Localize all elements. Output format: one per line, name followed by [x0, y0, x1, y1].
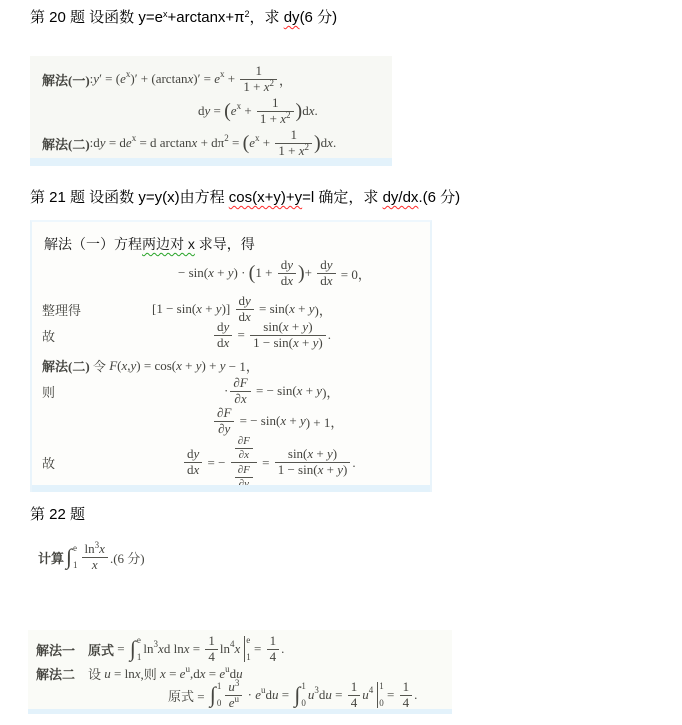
step-label: 整理得 — [42, 300, 81, 319]
q21-derivative-equation: − sin(x + y) · (1 + dydx)+ dydx = 0， — [178, 258, 371, 289]
q21-derivative-equation-row: − sin(x + y) · (1 + dydx)+ dydx = 0， — [32, 258, 430, 289]
question-22-title: 第 22 题 — [30, 505, 85, 525]
q21-method-2-intro: 解法(二) 令 F(x,y) = cos(x + y) + y − 1， — [42, 356, 259, 375]
step-label: 故 — [42, 326, 55, 345]
q22-method-2-result-line: 原式 = ∫10u3eu · eudu = ∫10u3du = 14u410 =… — [168, 680, 417, 711]
q21-method-2-intro-row: 解法(二) 令 F(x,y) = cos(x + y) + y − 1， — [32, 356, 430, 375]
question-22-solution-scan: 解法一 原式 = ∫e1ln3xd lnx = 14ln4xe1 = 14. 解… — [28, 630, 452, 714]
step-label: 故 — [42, 453, 55, 472]
q20-method-2-line: 解法(二):dy = dex = d arctanx + dπ2 = (ex +… — [42, 128, 336, 159]
q21-dydx-result: dydx = sin(x + y)1 − sin(x + y). — [212, 320, 331, 351]
q21-final-result: dydx = − ∂F∂x∂F∂y = sin(x + y)1 − sin(x … — [182, 434, 356, 492]
scan-edge-strip — [30, 158, 392, 166]
q22-method-1-line: 解法一 原式 = ∫e1ln3xd lnx = 14ln4xe1 = 14. — [36, 634, 284, 665]
scan-edge-strip — [32, 485, 430, 492]
q20-differential-line: dy = (ex + 11 + x2)dx. — [198, 96, 318, 127]
q21-partial-y-equation: ∂F∂y = − sin(x + y) + 1， — [212, 406, 343, 437]
question-20-title: 第 20 题 设函数 y=ex+arctanx+π2，求 dy(6 分) — [30, 8, 337, 29]
q21-partial-y-row: ∂F∂y = − sin(x + y) + 1， — [32, 406, 430, 437]
q21-final-result-row: 故 dydx = − ∂F∂x∂F∂y = sin(x + y)1 − sin(… — [32, 434, 430, 492]
document-page: 第 20 题 设函数 y=ex+arctanx+π2，求 dy(6 分) 解法(… — [0, 0, 682, 725]
step-label: 则 — [42, 382, 55, 401]
q21-method-1-intro: 解法（一）方程两边对 x 求导，得 — [44, 234, 442, 254]
q21-result-row: 故 dydx = sin(x + y)1 − sin(x + y). — [32, 320, 430, 351]
q21-partial-x-equation: ·∂F∂x = − sin(x + y)， — [224, 376, 339, 407]
scan-edge-strip — [28, 709, 452, 714]
question-21-solution-scan: 解法（一）方程两边对 x 求导，得 − sin(x + y) · (1 + dy… — [30, 220, 432, 492]
question-22-problem-scan: 计算∫e1ln3xx.(6 分) — [38, 542, 145, 573]
q20-method-1-line: 解法(一):y′ = (ex)′ + (arctanx)′ = ex + 11 … — [42, 64, 292, 95]
question-20-solution-scan: 解法(一):y′ = (ex)′ + (arctanx)′ = ex + 11 … — [30, 56, 392, 166]
q21-partial-x-row: 则 ·∂F∂x = − sin(x + y)， — [32, 376, 430, 407]
question-21-title: 第 21 题 设函数 y=y(x)由方程 cos(x+y)+y=l 确定，求 d… — [30, 188, 460, 208]
